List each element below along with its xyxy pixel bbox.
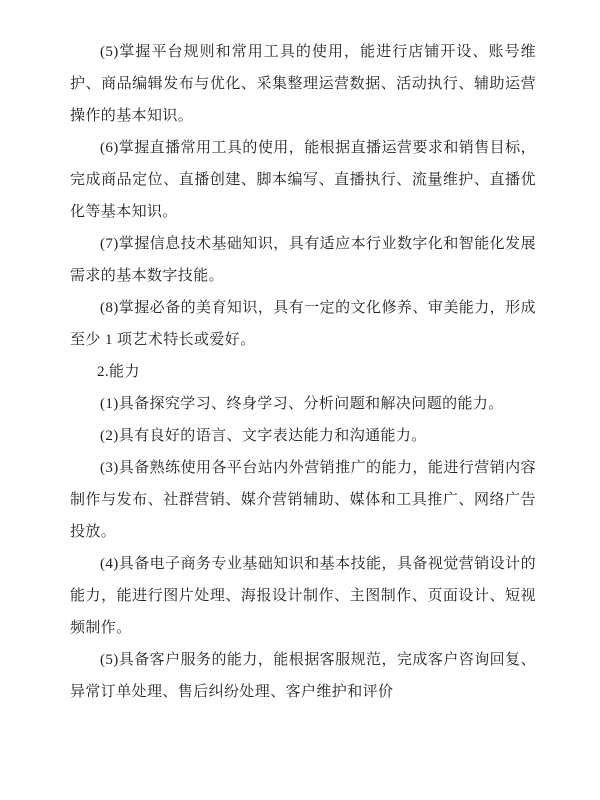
document-paragraph: (6)掌握直播常用工具的使用，能根据直播运营要求和销售目标，完成商品定位、直播创… <box>70 132 536 228</box>
document-page: (5)掌握平台规则和常用工具的使用，能进行店铺开设、账号维护、商品编辑发布与优化… <box>0 0 600 800</box>
document-paragraph: (1)具备探究学习、终身学习、分析问题和解决问题的能力。 <box>70 388 536 420</box>
document-paragraph: (2)具有良好的语言、文字表达能力和沟通能力。 <box>70 420 536 452</box>
document-paragraph: (4)具备电子商务专业基础知识和基本技能，具备视觉营销设计的能力，能进行图片处理… <box>70 548 536 644</box>
document-paragraph: (5)掌握平台规则和常用工具的使用，能进行店铺开设、账号维护、商品编辑发布与优化… <box>70 36 536 132</box>
document-paragraph: (8)掌握必备的美育知识，具有一定的文化修养、审美能力，形成至少 1 项艺术特长… <box>70 292 536 356</box>
section-heading: 2.能力 <box>70 356 536 388</box>
document-paragraph: (5)具备客户服务的能力，能根据客服规范，完成客户咨询回复、异常订单处理、售后纠… <box>70 644 536 708</box>
document-paragraph: (7)掌握信息技术基础知识，具有适应本行业数字化和智能化发展需求的基本数字技能。 <box>70 228 536 292</box>
document-paragraph: (3)具备熟练使用各平台站内外营销推广的能力，能进行营销内容制作与发布、社群营销… <box>70 452 536 548</box>
